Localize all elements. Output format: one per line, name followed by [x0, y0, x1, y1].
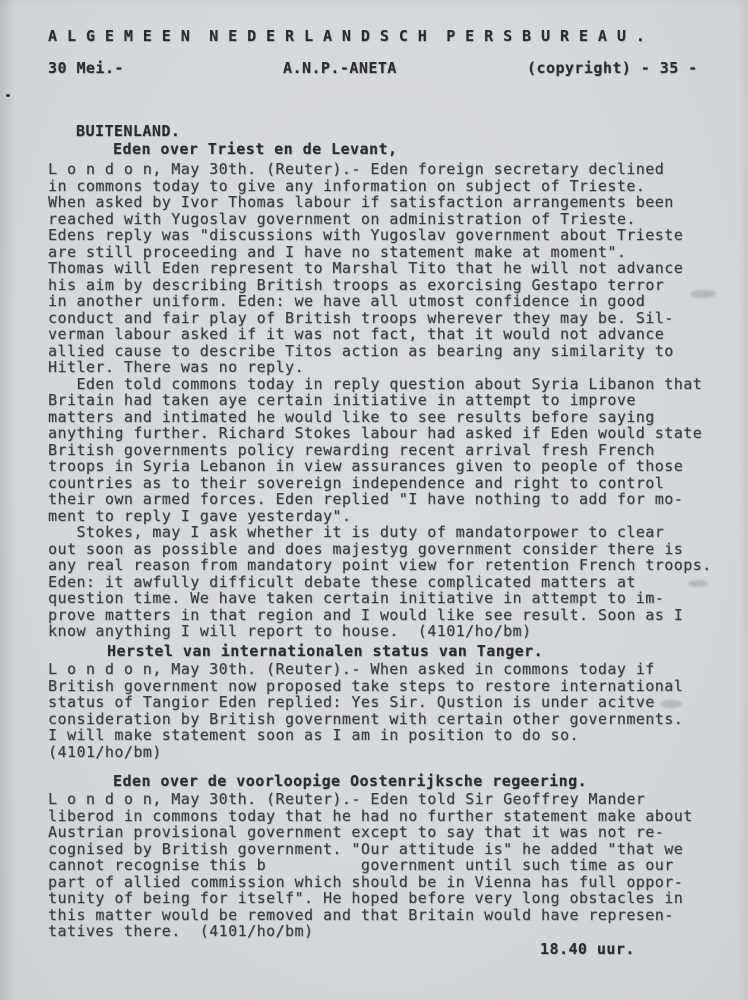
- article-body-tanger: L o n d o n, May 30th. (Reuter).- When a…: [48, 661, 683, 760]
- document-page: A L G E M E E N N E D E R L A N D S C H …: [0, 0, 748, 1000]
- article-title-tanger: Herstel van internationalen status van T…: [107, 643, 543, 660]
- ink-speck: [6, 94, 10, 97]
- bureau-title: A L G E M E E N N E D E R L A N D S C H …: [48, 28, 645, 45]
- paper-smudge: [688, 580, 708, 587]
- article-title-trieste: Eden over Triest en de Levant,: [113, 141, 397, 158]
- date-line: 30 Mei.-: [48, 60, 124, 77]
- paper-smudge: [660, 700, 682, 708]
- article-title-austria: Eden over de voorloopige Oostenrijksche …: [113, 773, 587, 790]
- closing-time: 18.40 uur.: [540, 941, 635, 958]
- article-body-austria: L o n d o n, May 30th. (Reuter).- Eden t…: [48, 791, 693, 940]
- article-body-trieste: L o n d o n, May 30th. (Reuter).- Eden f…: [48, 161, 712, 640]
- paper-smudge: [690, 290, 716, 298]
- copyright-page-number: (copyright) - 35 -: [527, 60, 698, 77]
- section-label: BUITENLAND.: [76, 123, 180, 140]
- agency-name: A.N.P.-ANETA: [283, 60, 397, 77]
